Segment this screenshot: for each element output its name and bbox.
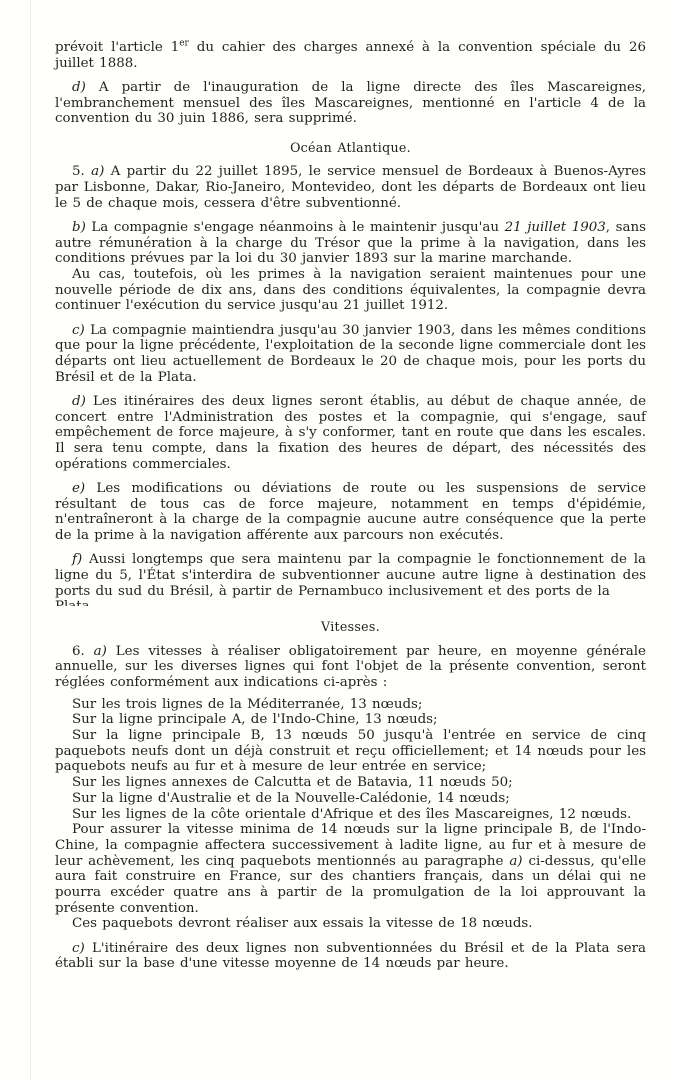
paragraph-5b-maintien: b) La compagnie s'engage néanmoins à le … [55, 220, 646, 267]
italic-paragraph-ref: a) [509, 854, 522, 869]
paragraph-marker: d) [72, 80, 86, 95]
paragraph-5e-modifications: e) Les modifications ou déviations de ro… [55, 481, 646, 544]
paragraph-opening: prévoit l'article 1er du cahier des char… [55, 40, 646, 71]
paragraph-text: Au cas, toutefois, où les primes à la na… [55, 267, 646, 313]
paragraph-text: La compagnie maintiendra jusqu'au 30 jan… [55, 323, 646, 385]
paragraph-text: Ces paquebots devront réaliser aux essai… [72, 916, 533, 931]
heading-vitesses: Vitesses. [55, 619, 646, 635]
ordinal-superscript: er [179, 39, 189, 49]
paragraph-text: Les itinéraires des deux lignes seront é… [55, 394, 646, 472]
paragraph-assurer-vitesse: Pour assurer la vitesse minima de 14 nœu… [55, 822, 646, 916]
speed-list-item: Sur les lignes de la côte orientale d'Af… [55, 807, 646, 823]
paragraph-au-cas: Au cas, toutefois, où les primes à la na… [55, 267, 646, 314]
paragraph-text: A partir du 22 juillet 1895, le service … [55, 164, 646, 210]
paragraph-marker: f) [72, 552, 82, 567]
article-number: 5. [72, 164, 85, 179]
paragraph-5c-seconde-ligne: c) La compagnie maintiendra jusqu'au 30 … [55, 323, 646, 386]
speed-list-item: Sur la ligne principale A, de l'Indo-Chi… [55, 712, 646, 728]
clipped-word: Plata. [55, 599, 94, 606]
paragraph-text: Aussi longtemps que sera maintenu par la… [55, 552, 646, 598]
document-page: prévoit l'article 1er du cahier des char… [0, 0, 684, 1080]
paragraph-6c-itineraire: c) L'itinéraire des deux lignes non subv… [55, 941, 646, 972]
paragraph-text: L'itinéraire des deux lignes non subvent… [55, 941, 646, 972]
paragraph-6a-vitesses: 6. a) Les vitesses à réaliser obligatoir… [55, 644, 646, 691]
paragraph-d-mascareignes: d) A partir de l'inauguration de la lign… [55, 80, 646, 127]
paragraph-marker: c) [72, 323, 85, 338]
paragraph-marker: a) [94, 644, 107, 659]
paragraph-text: A partir de l'inauguration de la ligne d… [55, 80, 646, 126]
heading-ocean-atlantique: Océan Atlantique. [55, 140, 646, 156]
paragraph-5a-bordeaux: 5. a) A partir du 22 juillet 1895, le se… [55, 164, 646, 211]
paragraph-text: prévoit l'article 1 [55, 40, 179, 55]
paragraph-text: La compagnie s'engage néanmoins à le mai… [91, 220, 504, 235]
clipped-scan-line: Plata. [55, 599, 646, 606]
paragraph-marker: e) [72, 481, 85, 496]
paragraph-text: Les modifications ou déviations de route… [55, 481, 646, 543]
paragraph-marker: c) [72, 941, 85, 956]
speed-list-item: Sur la ligne principale B, 13 nœuds 50 j… [55, 728, 646, 775]
scan-edge-artifact [30, 0, 31, 1080]
paragraph-5f-interdiction: f) Aussi longtemps que sera maintenu par… [55, 552, 646, 599]
article-number: 6. [72, 644, 85, 659]
paragraph-marker: a) [91, 164, 104, 179]
paragraph-text: Les vitesses à réaliser obligatoirement … [55, 644, 646, 690]
speed-list-item: Sur les lignes annexes de Calcutta et de… [55, 775, 646, 791]
paragraph-5d-itineraires: d) Les itinéraires des deux lignes seron… [55, 394, 646, 473]
speed-list-item: Sur la ligne d'Australie et de la Nouvel… [55, 791, 646, 807]
paragraph-essais: Ces paquebots devront réaliser aux essai… [55, 916, 646, 932]
italic-date: 21 juillet 1903 [505, 220, 606, 235]
paragraph-marker: b) [72, 220, 86, 235]
speed-list-item: Sur les trois lignes de la Méditerranée,… [55, 697, 646, 713]
paragraph-marker: d) [72, 394, 86, 409]
text-block: prévoit l'article 1er du cahier des char… [55, 40, 646, 972]
